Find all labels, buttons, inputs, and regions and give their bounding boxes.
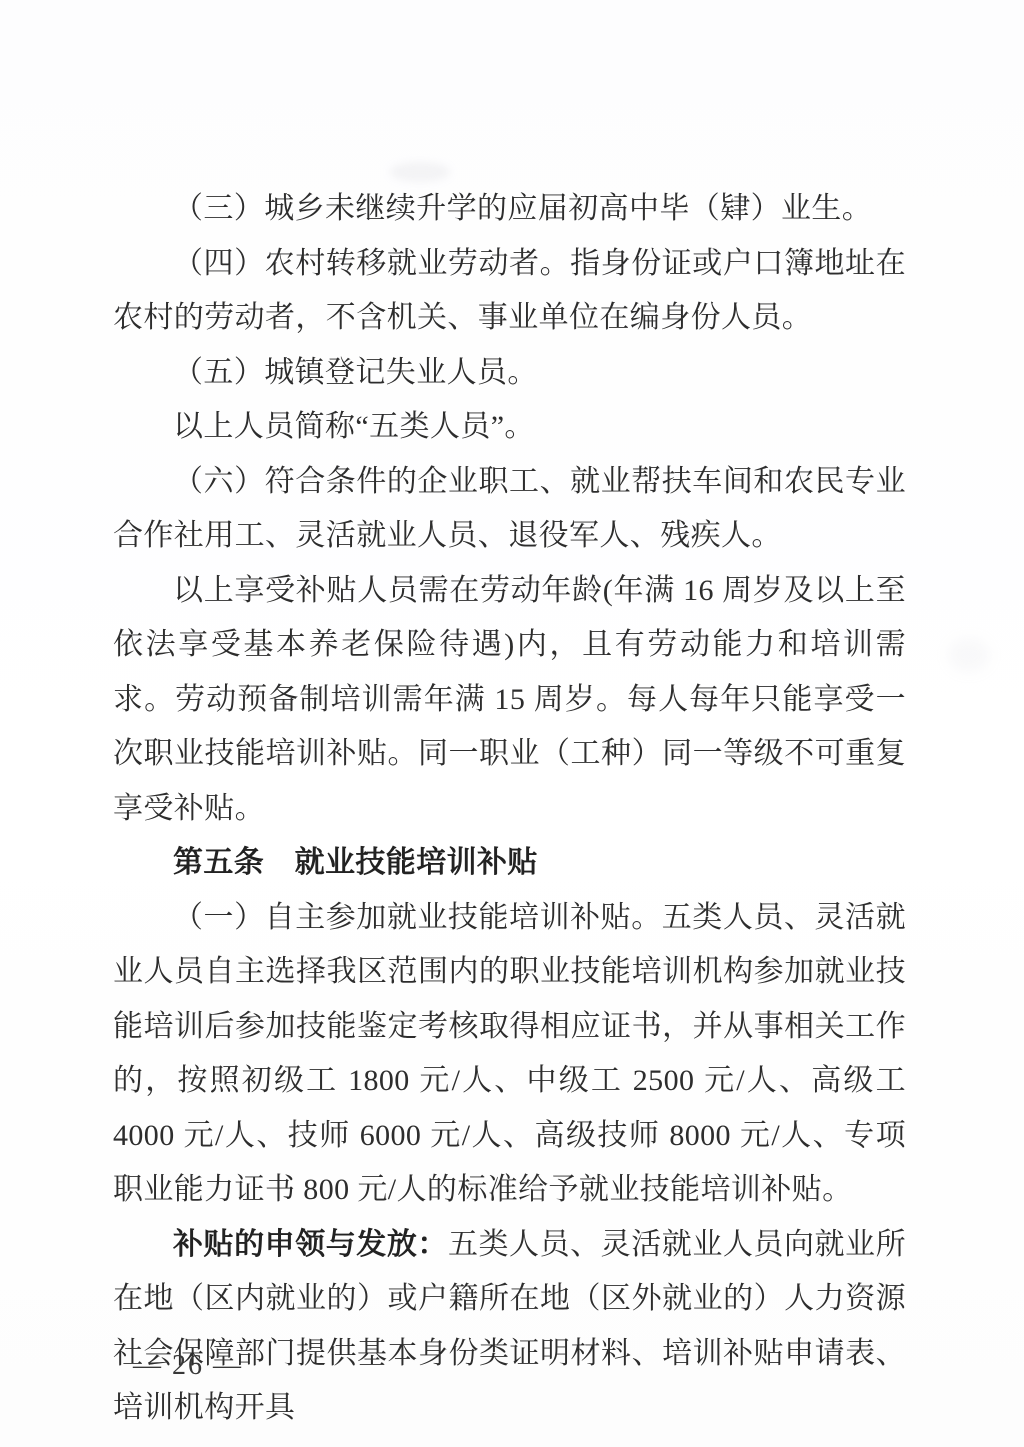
paragraph: （三）城乡未继续升学的应届初高中毕（肄）业生。 bbox=[113, 182, 906, 237]
paragraph-lead-bold: 补贴的申领与发放： bbox=[173, 1228, 448, 1261]
paragraph-text: 以上人员简称“五类人员”。 bbox=[173, 410, 535, 443]
scan-smudge-top bbox=[390, 162, 450, 182]
paragraph-text: （五）城镇登记失业人员。 bbox=[173, 356, 538, 389]
paragraph: （一）自主参加就业技能培训补贴。五类人员、灵活就业人员自主选择我区范围内的职业技… bbox=[113, 891, 906, 1218]
paragraph-text: （六）符合条件的企业职工、就业帮扶车间和农民专业合作社用工、灵活就业人员、退役军… bbox=[113, 465, 906, 553]
paragraph: 以上人员简称“五类人员”。 bbox=[113, 400, 906, 455]
page-number: — 26 — bbox=[133, 1350, 243, 1381]
section-heading: 第五条 就业技能培训补贴 bbox=[113, 836, 906, 891]
paragraph: （四）农村转移就业劳动者。指身份证或户口簿地址在农村的劳动者，不含机关、事业单位… bbox=[113, 237, 906, 346]
section-heading-label: 第五条 就业技能培训补贴 bbox=[173, 846, 538, 879]
paragraph-text: （一）自主参加就业技能培训补贴。五类人员、灵活就业人员自主选择我区范围内的职业技… bbox=[113, 901, 906, 1207]
paragraph-text: 以上享受补贴人员需在劳动年龄(年满 16 周岁及以上至依法享受基本养老保险待遇)… bbox=[113, 574, 906, 825]
paragraph-text: （四）农村转移就业劳动者。指身份证或户口簿地址在农村的劳动者，不含机关、事业单位… bbox=[113, 247, 906, 335]
paragraph: 补贴的申领与发放：五类人员、灵活就业人员向就业所在地（区内就业的）或户籍所在地（… bbox=[113, 1218, 906, 1436]
paragraph: 以上享受补贴人员需在劳动年龄(年满 16 周岁及以上至依法享受基本养老保险待遇)… bbox=[113, 564, 906, 837]
page-footer: — 26 — bbox=[133, 1350, 243, 1382]
document-body: （三）城乡未继续升学的应届初高中毕（肄）业生。 （四）农村转移就业劳动者。指身份… bbox=[113, 182, 906, 1436]
document-page: （三）城乡未继续升学的应届初高中毕（肄）业生。 （四）农村转移就业劳动者。指身份… bbox=[0, 0, 1024, 1447]
paragraph: （六）符合条件的企业职工、就业帮扶车间和农民专业合作社用工、灵活就业人员、退役军… bbox=[113, 455, 906, 564]
paragraph-text: （三）城乡未继续升学的应届初高中毕（肄）业生。 bbox=[173, 192, 872, 225]
paragraph: （五）城镇登记失业人员。 bbox=[113, 346, 906, 401]
scan-smudge-right bbox=[948, 638, 990, 672]
